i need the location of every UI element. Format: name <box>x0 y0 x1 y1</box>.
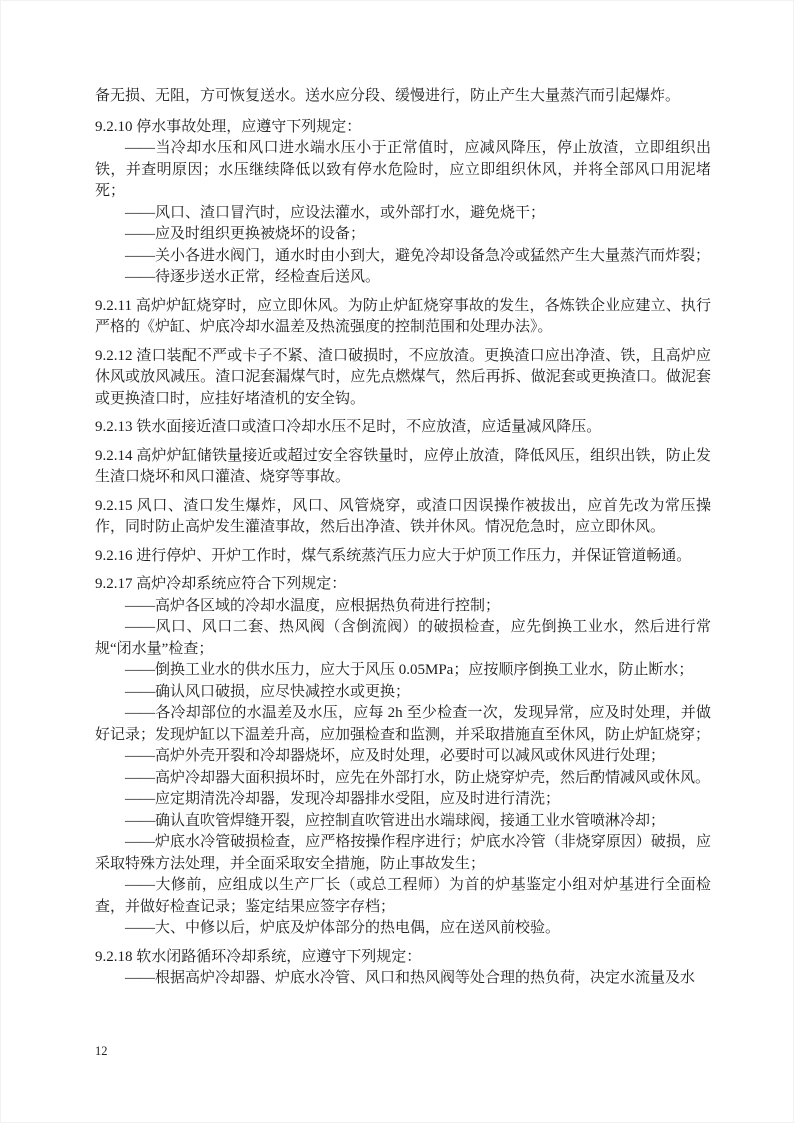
body-paragraph: ——倒换工业水的供水压力，应大于风压 0.05MPa；应按顺序倒换工业水，防止断… <box>95 660 711 682</box>
section-paragraph: 9.2.10 停水事故处理，应遵守下列规定： <box>95 117 711 139</box>
section-paragraph: 9.2.18 软水闭路循环冷却系统，应遵守下列规定： <box>95 947 711 969</box>
body-paragraph: ——根据高炉冷却器、炉底水冷管、风口和热风阀等处合理的热负荷，决定水流量及水 <box>95 968 711 990</box>
body-paragraph: ——关小各进水阀门，通水时由小到大，避免冷却设备急冷或猛然产生大量蒸汽而炸裂； <box>95 246 711 268</box>
body-paragraph: ——确认直吹管焊缝开裂，应控制直吹管进出水端球阀，接通工业水管喷淋冷却； <box>95 811 711 833</box>
section-paragraph: 9.2.12 渣口装配不严或卡子不紧、渣口破损时，不应放渣。更换渣口应出净渣、铁… <box>95 346 711 411</box>
body-paragraph: ——当冷却水压和风口进水端水压小于正常值时，应减风降压，停止放渣，立即组织出铁，… <box>95 138 711 203</box>
section-paragraph: 9.2.13 铁水面接近渣口或渣口冷却水压不足时，不应放渣，应适量减风降压。 <box>95 417 711 439</box>
document-body: 备无损、无阻，方可恢复送水。送水应分段、缓慢进行，防止产生大量蒸汽而引起爆炸。9… <box>95 86 711 990</box>
body-paragraph: ——待逐步送水正常，经检查后送风。 <box>95 267 711 289</box>
section-paragraph: 9.2.17 高炉冷却系统应符合下列规定： <box>95 574 711 596</box>
body-paragraph: ——确认风口破损，应尽快减控水或更换； <box>95 682 711 704</box>
body-paragraph: ——各冷却部位的水温差及水压，应每 2h 至少检查一次，发现异常，应及时处理，并… <box>95 703 711 746</box>
section-paragraph: 9.2.11 高炉炉缸烧穿时，应立即休风。为防止炉缸烧穿事故的发生，各炼铁企业应… <box>95 296 711 339</box>
body-paragraph: ——大、中修以后，炉底及炉体部分的热电偶，应在送风前校验。 <box>95 918 711 940</box>
body-paragraph: ——风口、风口二套、热风阀（含倒流阀）的破损检查，应先倒换工业水，然后进行常规“… <box>95 617 711 660</box>
page-number: 12 <box>95 1044 108 1059</box>
body-paragraph: ——高炉各区域的冷却水温度，应根据热负荷进行控制； <box>95 596 711 618</box>
document-page: 备无损、无阻，方可恢复送水。送水应分段、缓慢进行，防止产生大量蒸汽而引起爆炸。9… <box>0 0 794 1123</box>
body-paragraph: ——风口、渣口冒汽时，应设法灌水，或外部打水，避免烧干； <box>95 203 711 225</box>
section-paragraph: 9.2.14 高炉炉缸储铁量接近或超过安全容铁量时，应停止放渣，降低风压，组织出… <box>95 446 711 489</box>
section-paragraph: 9.2.15 风口、渣口发生爆炸，风口、风管烧穿，或渣口因误操作被拔出，应首先改… <box>95 496 711 539</box>
body-paragraph: ——应定期清洗冷却器，发现冷却器排水受阻，应及时进行清洗； <box>95 789 711 811</box>
section-paragraph: 9.2.16 进行停炉、开炉工作时，煤气系统蒸汽压力应大于炉顶工作压力，并保证管… <box>95 546 711 568</box>
body-paragraph: ——应及时组织更换被烧坏的设备； <box>95 224 711 246</box>
body-paragraph: ——高炉外壳开裂和冷却器烧坏，应及时处理，必要时可以减风或休风进行处理； <box>95 746 711 768</box>
body-paragraph: 备无损、无阻，方可恢复送水。送水应分段、缓慢进行，防止产生大量蒸汽而引起爆炸。 <box>95 86 711 108</box>
body-paragraph: ——高炉冷却器大面积损坏时，应先在外部打水，防止烧穿炉壳，然后酌情减风或休风。 <box>95 768 711 790</box>
body-paragraph: ——大修前，应组成以生产厂长（或总工程师）为首的炉基鉴定小组对炉基进行全面检查，… <box>95 875 711 918</box>
body-paragraph: ——炉底水冷管破损检查，应严格按操作程序进行；炉底水冷管（非烧穿原因）破损，应采… <box>95 832 711 875</box>
